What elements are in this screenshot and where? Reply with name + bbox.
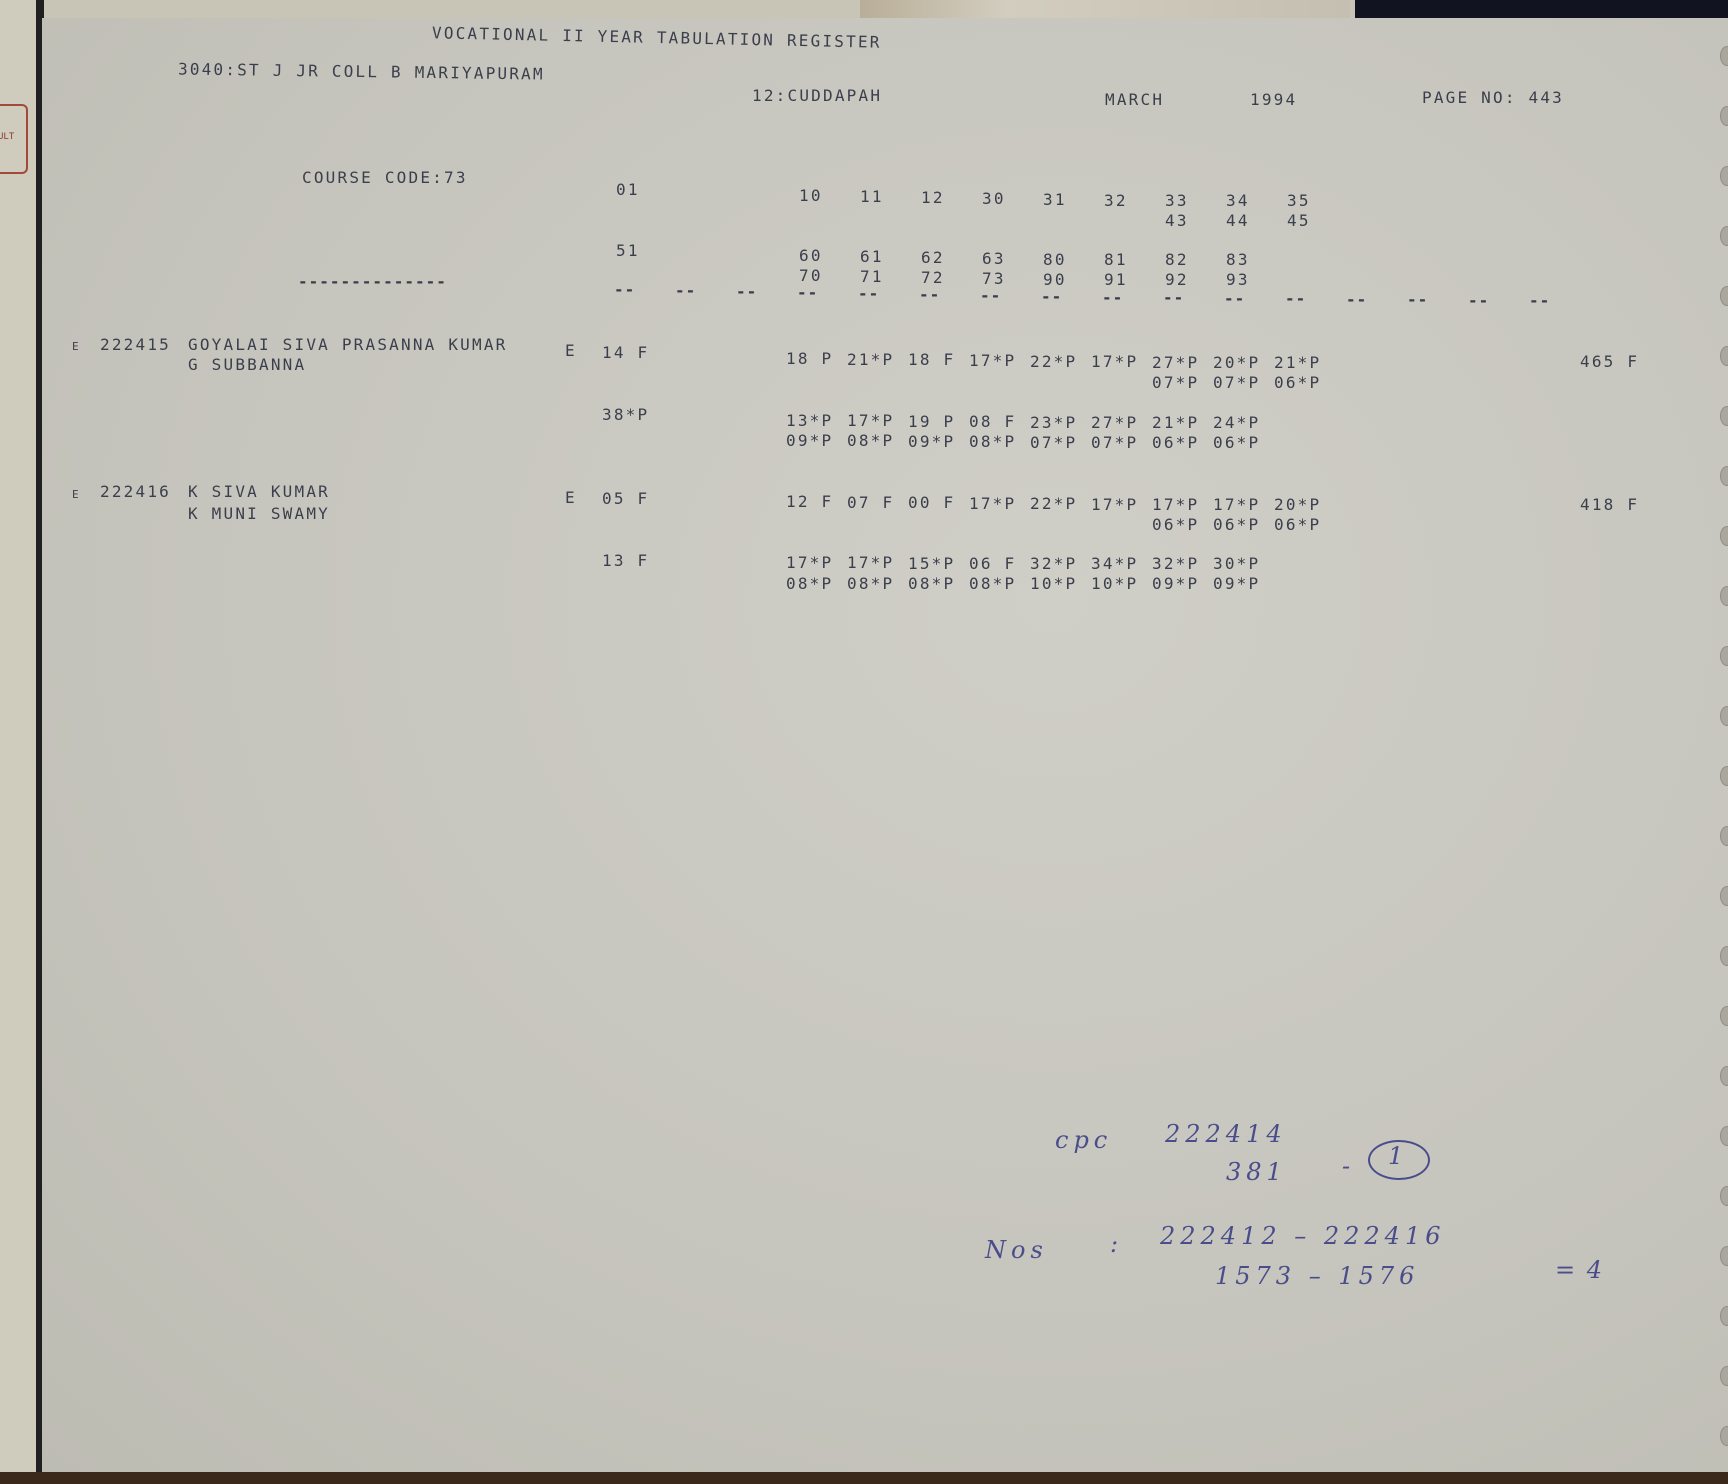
column-code: 35 (1287, 191, 1311, 210)
subject-mark: 06 F (969, 554, 1016, 573)
subject-mark: 30*P (1213, 554, 1260, 573)
column-code: 34 (1226, 191, 1250, 210)
column-code: 63 (982, 249, 1006, 268)
binding-hole-icon (1720, 1186, 1728, 1206)
student-flag: E (72, 340, 81, 353)
column-code: 11 (860, 187, 884, 206)
subject-mark: 07*P (1030, 433, 1077, 452)
background-object (860, 0, 1350, 20)
binding-holes (1716, 18, 1728, 1472)
subject-mark: 07 F (847, 493, 894, 512)
district-name: 12:CUDDAPAH (752, 86, 882, 105)
student-reg-no: 222416 (100, 482, 171, 501)
subject-mark: 19 P (908, 412, 955, 431)
subject-mark: 08*P (908, 574, 955, 593)
binding-hole-icon (1720, 826, 1728, 846)
subject-mark: 00 F (908, 493, 955, 512)
subject-mark: 08*P (847, 431, 894, 450)
subject-mark: 06*P (1152, 515, 1199, 534)
student-flag: E (72, 488, 81, 501)
subject-mark: 15*P (908, 554, 955, 573)
column-separator: -- (736, 282, 757, 301)
binding-hole-icon (1720, 1246, 1728, 1266)
column-separator: -- (797, 283, 818, 302)
binding-hole-icon (1720, 106, 1728, 126)
subject-mark: 20*P (1274, 495, 1321, 514)
subject-mark: 08*P (786, 574, 833, 593)
column-code: 51 (616, 241, 640, 260)
part2-mark: 38*P (602, 405, 649, 424)
subject-mark: 08*P (969, 574, 1016, 593)
photo-bottom-edge (0, 1472, 1728, 1484)
column-code: 80 (1043, 250, 1067, 269)
subject-mark: 08*P (969, 432, 1016, 451)
subject-mark: 08*P (847, 574, 894, 593)
part2-mark: 13 F (602, 551, 649, 570)
student-reg-no: 222415 (100, 335, 171, 354)
binding-hole-icon (1720, 1426, 1728, 1446)
subject-mark: 32*P (1152, 554, 1199, 573)
column-code: 44 (1226, 211, 1250, 230)
subject-mark: 27*P (1152, 353, 1199, 372)
note-nos-range: 222412 – 222416 (1160, 1222, 1446, 1250)
subject-mark: 17*P (1091, 495, 1138, 514)
binding-hole-icon (1720, 946, 1728, 966)
column-separator: -- (1346, 290, 1367, 309)
note-cpc-regno: 222414 (1165, 1120, 1287, 1148)
binding-hole-icon (1720, 1366, 1728, 1386)
subject-mark: 13*P (786, 411, 833, 430)
subject-mark: 09*P (1213, 574, 1260, 593)
column-code: 92 (1165, 270, 1189, 289)
column-code: 12 (921, 188, 945, 207)
column-code: 45 (1287, 211, 1311, 230)
column-separator: -- (1407, 290, 1428, 309)
column-code: 33 (1165, 191, 1189, 210)
column-separator: -- (1529, 291, 1550, 310)
binding-hole-icon (1720, 346, 1728, 366)
subject-mark: 07*P (1091, 433, 1138, 452)
subject-mark: 27*P (1091, 413, 1138, 432)
subject-mark: 12 F (786, 492, 833, 511)
binding-hole-icon (1720, 766, 1728, 786)
note-nos-label: Nos (985, 1236, 1048, 1264)
note-nos-sub: 1573 – 1576 (1215, 1262, 1419, 1290)
student-total: 465 F (1580, 352, 1639, 371)
register-page (42, 18, 1728, 1472)
binding-hole-icon (1720, 226, 1728, 246)
subject-mark: 17*P (847, 411, 894, 430)
binding-hole-icon (1720, 286, 1728, 306)
column-code: 91 (1104, 270, 1128, 289)
background-dark-area (1355, 0, 1728, 20)
binding-hole-icon (1720, 46, 1728, 66)
subject-mark: 06*P (1213, 515, 1260, 534)
subject-mark: 21*P (1274, 353, 1321, 372)
column-separator: -- (1468, 291, 1489, 310)
subject-mark: 23*P (1030, 413, 1077, 432)
subject-mark: 22*P (1030, 352, 1077, 371)
part1-mark: 05 F (602, 489, 649, 508)
father-name: K MUNI SWAMY (188, 504, 330, 523)
binding-hole-icon (1720, 886, 1728, 906)
subject-mark: 06*P (1152, 433, 1199, 452)
column-code: 01 (616, 180, 640, 199)
subject-mark: 24*P (1213, 413, 1260, 432)
binding-hole-icon (1720, 166, 1728, 186)
subject-mark: 09*P (1152, 574, 1199, 593)
subject-mark: 10*P (1030, 574, 1077, 593)
column-code: 43 (1165, 211, 1189, 230)
subject-mark: 17*P (1213, 495, 1260, 514)
subject-mark: 08 F (969, 412, 1016, 431)
note-cpc-sign: - (1342, 1152, 1355, 1180)
subject-mark: 10*P (1091, 574, 1138, 593)
course-code: COURSE CODE:73 (302, 168, 468, 187)
exam-month: MARCH (1105, 90, 1164, 109)
binding-hole-icon (1720, 1006, 1728, 1026)
binding-hole-icon (1720, 646, 1728, 666)
student-name: K SIVA KUMAR (188, 482, 330, 501)
column-code: 81 (1104, 250, 1128, 269)
binding-hole-icon (1720, 1066, 1728, 1086)
subject-mark: 07*P (1152, 373, 1199, 392)
note-cpc-label: cpc (1055, 1126, 1112, 1154)
father-name: G SUBBANNA (188, 355, 306, 374)
subject-mark: 06*P (1274, 515, 1321, 534)
subject-mark: 07*P (1213, 373, 1260, 392)
student-name: GOYALAI SIVA PRASANNA KUMAR (188, 335, 508, 354)
column-separator: -- (919, 285, 940, 304)
subject-mark: 32*P (1030, 554, 1077, 573)
column-code: 82 (1165, 250, 1189, 269)
binding-hole-icon (1720, 406, 1728, 426)
result-tab-label: ULT (0, 132, 14, 142)
photo-top-edge (0, 0, 1728, 20)
column-separator: -- (858, 284, 879, 303)
subject-mark: 17*P (786, 553, 833, 572)
subject-mark: 34*P (1091, 554, 1138, 573)
binding-hole-icon (1720, 526, 1728, 546)
column-code: 83 (1226, 250, 1250, 269)
column-code: 60 (799, 246, 823, 265)
column-separator: -- (980, 286, 1001, 305)
previous-page-edge: ULT (0, 0, 40, 1484)
subject-mark: 17*P (969, 351, 1016, 370)
student-medium: E (565, 488, 577, 507)
note-nos-count: = 4 (1555, 1256, 1604, 1284)
exam-year: 1994 (1250, 90, 1297, 109)
page-number: PAGE NO: 443 (1422, 88, 1564, 107)
subject-mark: 09*P (908, 432, 955, 451)
column-code: 31 (1043, 190, 1067, 209)
subject-mark: 17*P (1091, 352, 1138, 371)
part1-mark: 14 F (602, 343, 649, 362)
subject-mark: 06*P (1213, 433, 1260, 452)
subject-mark: 17*P (969, 494, 1016, 513)
binding-hole-icon (1720, 1126, 1728, 1146)
result-tab: ULT (0, 104, 28, 174)
column-code: 32 (1104, 191, 1128, 210)
column-separator: -- (1163, 288, 1184, 307)
subject-mark: 18 P (786, 349, 833, 368)
student-medium: E (565, 341, 577, 360)
student-total: 418 F (1580, 495, 1639, 514)
subject-mark: 21*P (1152, 413, 1199, 432)
subject-mark: 22*P (1030, 494, 1077, 513)
column-separator: -- (1285, 289, 1306, 308)
binding-hole-icon (1720, 706, 1728, 726)
column-code: 10 (799, 186, 823, 205)
subject-mark: 17*P (847, 553, 894, 572)
subject-mark: 06*P (1274, 373, 1321, 392)
note-cpc-sub: 381 (1226, 1158, 1287, 1186)
column-code: 62 (921, 248, 945, 267)
note-cpc-count: 1 (1388, 1142, 1403, 1170)
binding-hole-icon (1720, 586, 1728, 606)
column-separator: -- (1224, 289, 1245, 308)
column-code: 61 (860, 247, 884, 266)
name-column-underline: -------------- (298, 272, 447, 291)
column-separator: -- (675, 281, 696, 300)
subject-mark: 09*P (786, 431, 833, 450)
column-separator: -- (1102, 288, 1123, 307)
note-colon: : (1110, 1230, 1123, 1258)
column-code: 93 (1226, 270, 1250, 289)
subject-mark: 20*P (1213, 353, 1260, 372)
binding-hole-icon (1720, 466, 1728, 486)
column-separator: -- (1041, 287, 1062, 306)
subject-mark: 17*P (1152, 495, 1199, 514)
subject-mark: 18 F (908, 350, 955, 369)
binding-hole-icon (1720, 1306, 1728, 1326)
column-code: 30 (982, 189, 1006, 208)
subject-mark: 21*P (847, 350, 894, 369)
column-separator: -- (614, 280, 635, 299)
